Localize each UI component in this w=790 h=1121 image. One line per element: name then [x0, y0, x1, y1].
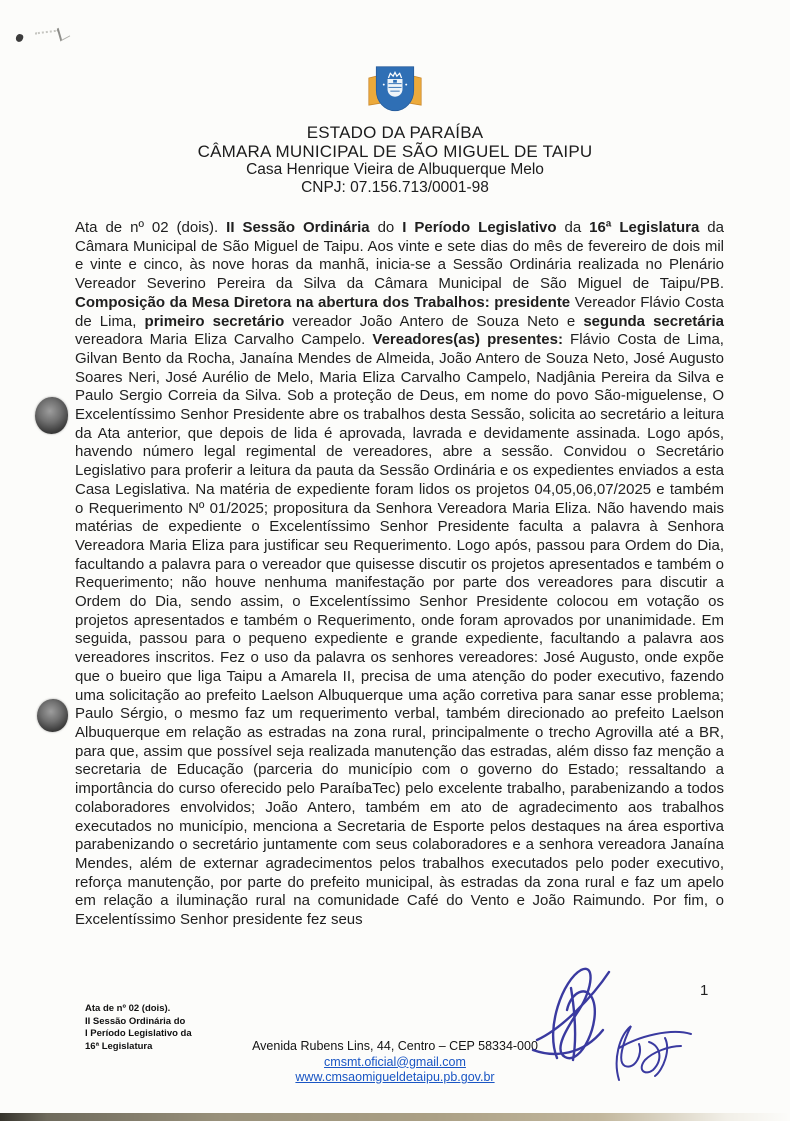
header-house-name: Casa Henrique Vieira de Albuquerque Melo: [0, 161, 790, 179]
president-handwritten-signature: [533, 969, 609, 1060]
body-text-segment: II Sessão Ordinária: [226, 219, 369, 236]
hole-punch: [35, 397, 68, 434]
scan-smudge-mark: [57, 24, 70, 42]
body-text-segment: primeiro secretário: [145, 313, 285, 330]
body-text-segment: 16ª Legislatura: [589, 219, 699, 236]
body-text-segment: Flávio Costa de Lima, Gilvan Bento da Ro…: [75, 331, 724, 928]
scan-smudge-mark: [15, 33, 24, 43]
header-state: ESTADO DA PARAÍBA: [0, 123, 790, 142]
body-text-segment: segunda secretária: [583, 313, 724, 330]
body-text-segment: da: [557, 219, 590, 236]
municipal-crest-icon: [364, 64, 426, 122]
body-text-segment: Composição da Mesa Diretora na abertura …: [75, 294, 570, 311]
scanned-document-page: { "header": { "logo_icon": "municipal-cr…: [0, 0, 790, 1121]
body-text-segment: vereador João Antero de Souza Neto e: [284, 313, 583, 330]
body-text-segment: Vereadores(as) presentes:: [372, 331, 563, 348]
body-text-segment: I Período Legislativo: [402, 219, 556, 236]
minutes-body-text: Ata de nº 02 (dois). II Sessão Ordinária…: [75, 219, 724, 930]
scan-edge-shadow: [0, 1113, 790, 1121]
scan-smudge-mark: [35, 30, 59, 38]
document-header: ESTADO DA PARAÍBA CÂMARA MUNICIPAL DE SÃ…: [0, 123, 790, 197]
body-text-segment: do: [370, 219, 403, 236]
header-chamber: CÂMARA MUNICIPAL DE SÃO MIGUEL DE TAIPU: [0, 142, 790, 161]
hole-punch: [37, 699, 68, 732]
eliza-handwritten-signature: [617, 1026, 691, 1080]
body-text-segment: vereadora Maria Eliza Carvalho Campelo.: [75, 331, 372, 348]
footer-doc-ref-line: Ata de nº 02 (dois).: [85, 1003, 192, 1016]
body-text-segment: Ata de nº 02 (dois).: [75, 219, 226, 236]
footer-doc-ref-line: II Sessão Ordinária do: [85, 1016, 192, 1029]
header-cnpj: CNPJ: 07.156.713/0001-98: [0, 179, 790, 197]
signatures-overlay: [515, 958, 715, 1108]
